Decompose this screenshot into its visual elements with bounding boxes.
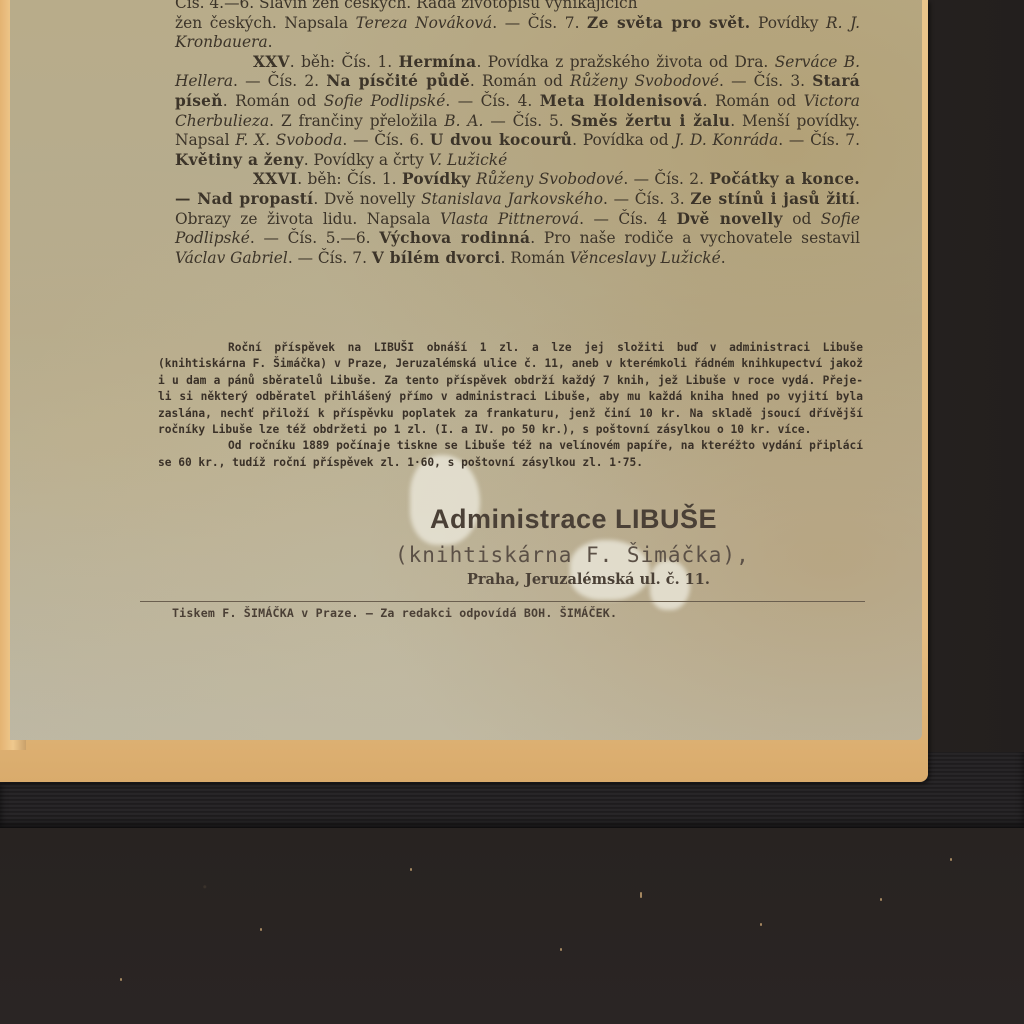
catalog-text: . Povídka od [572,131,674,149]
catalog-text: . Dvě novelly [313,190,421,208]
publisher-address: Praha, Jeruzalémská ul. č. 11. [467,571,710,588]
book-title: Meta Holdenisová [540,92,703,110]
dust-speck [640,892,642,898]
dust-speck [560,948,562,951]
book-title: Povídky [402,170,471,188]
author-name: Václav Gabriel [175,249,288,267]
catalog-text: . — Čís. 2. [233,72,326,90]
catalog-text: . běh: Čís. 1. [297,170,402,188]
catalog-text: . [721,249,726,267]
catalog-text: . — Čís. 7. [492,14,587,32]
catalog-text: . — Čís. 4 [579,210,676,228]
publisher-subtitle: (knihtiskárna F. Šimáčka), [395,543,750,567]
book-title: U dvou kocourů [430,131,572,149]
catalog-text: . běh: Čís. 1. [290,53,399,71]
book-title: svět. [709,14,750,32]
catalog-line: Čís. 4.—6. Slavín žen českých. Řada živo… [175,0,860,14]
catalog-text: — Čís. 5. [483,112,570,130]
author-name: Tereza Nováková [356,14,493,32]
book-title: Směs žertu i žalu [571,112,731,130]
dark-table-surface [0,828,1024,1024]
catalog-text: . Román od [703,92,804,110]
catalog-text: . — Čís. 2. [623,170,709,188]
publisher-title: Administrace LIBUŠE [430,504,717,535]
catalog-text: . Z frančiny přeložila [269,112,444,130]
book-title: Výchova rodinná [379,229,530,247]
catalog-text: Povídky [750,14,826,32]
catalog-text: žen českých. Napsala [175,14,356,32]
catalog-text: . Povídka z pražského života od Dra. [476,53,774,71]
dust-speck [880,898,882,901]
notice-paragraph: Roční příspěvek na LIBUŠI obnáší 1 zl. a… [158,340,863,438]
catalog-text: . Román [501,249,570,267]
dust-speck [120,978,122,981]
book-title: V bílém dvorci [372,249,501,267]
author-name: F. X. Svoboda [235,131,342,149]
catalog-text: . Povídky a črty [304,151,429,169]
dust-speck [760,923,762,926]
run-number: XXVI [253,170,297,188]
dust-speck [260,928,262,931]
catalog-text: . — Čís. 6. [342,131,429,149]
dust-speck [950,858,952,861]
catalog-text: . — Čís. 7. [288,249,372,267]
author-name: Vlasta Pittnerová [440,210,579,228]
author-name: Věnceslavy Lužické [570,249,721,267]
run-number: XXV [253,53,290,71]
notice-paragraph: Od ročníku 1889 počínaje tiskne se Libuš… [158,438,863,471]
book-title: Květiny a ženy [175,151,304,169]
author-name: V. Lužické [429,151,507,169]
author-name: Stanislava Jarkovského [421,190,603,208]
catalog-text: . Román od [470,72,570,90]
author-name: Růženy Svobodové [471,170,624,188]
catalog-text: . — Čís. 4. [445,92,539,110]
run-xxv-entry: XXV. běh: Čís. 1. Hermína. Povídka z pra… [175,53,860,171]
catalog-text: . Pro naše rodiče a vychovatele sestavil [530,229,860,247]
book-title: Ze světa pro [587,14,701,32]
catalog-text: . — Čís. 3. [719,72,812,90]
author-name: J. D. Konráda [674,131,778,149]
author-name: Sofie Podlipské [324,92,446,110]
run-xxvi-entry: XXVI. běh: Čís. 1. Povídky Růženy Svobod… [175,170,860,268]
dust-speck [410,868,412,871]
catalog-line: žen českých. Napsala Tereza Nováková. — … [175,14,860,53]
catalog-text: Čís. 4.—6. Slavín žen českých. Řada živo… [175,0,638,12]
book-title: Ze stínů i jasů žití [690,190,855,208]
printer-imprint: Tiskem F. ŠIMÁČKA v Praze. — Za redakci … [172,606,617,620]
catalog-listing: Čís. 4.—6. Slavín žen českých. Řada živo… [175,0,860,268]
catalog-text: . — Čís. 5.—6. [250,229,379,247]
book-title: Na písčité půdě [326,72,470,90]
catalog-text: . — Čís. 3. [603,190,690,208]
catalog-text: . Román od [223,92,324,110]
catalog-text: od [783,210,821,228]
book-title: Dvě novelly [677,210,783,228]
catalog-text: . [268,33,273,51]
translator-name: B. A. [444,112,483,130]
divider-rule [140,601,865,602]
subscription-notice: Roční příspěvek na LIBUŠI obnáší 1 zl. a… [158,340,863,471]
author-name: Růženy Svobodové [570,72,719,90]
book-title: Hermína [399,53,477,71]
catalog-text: . — Čís. 7. [778,131,860,149]
